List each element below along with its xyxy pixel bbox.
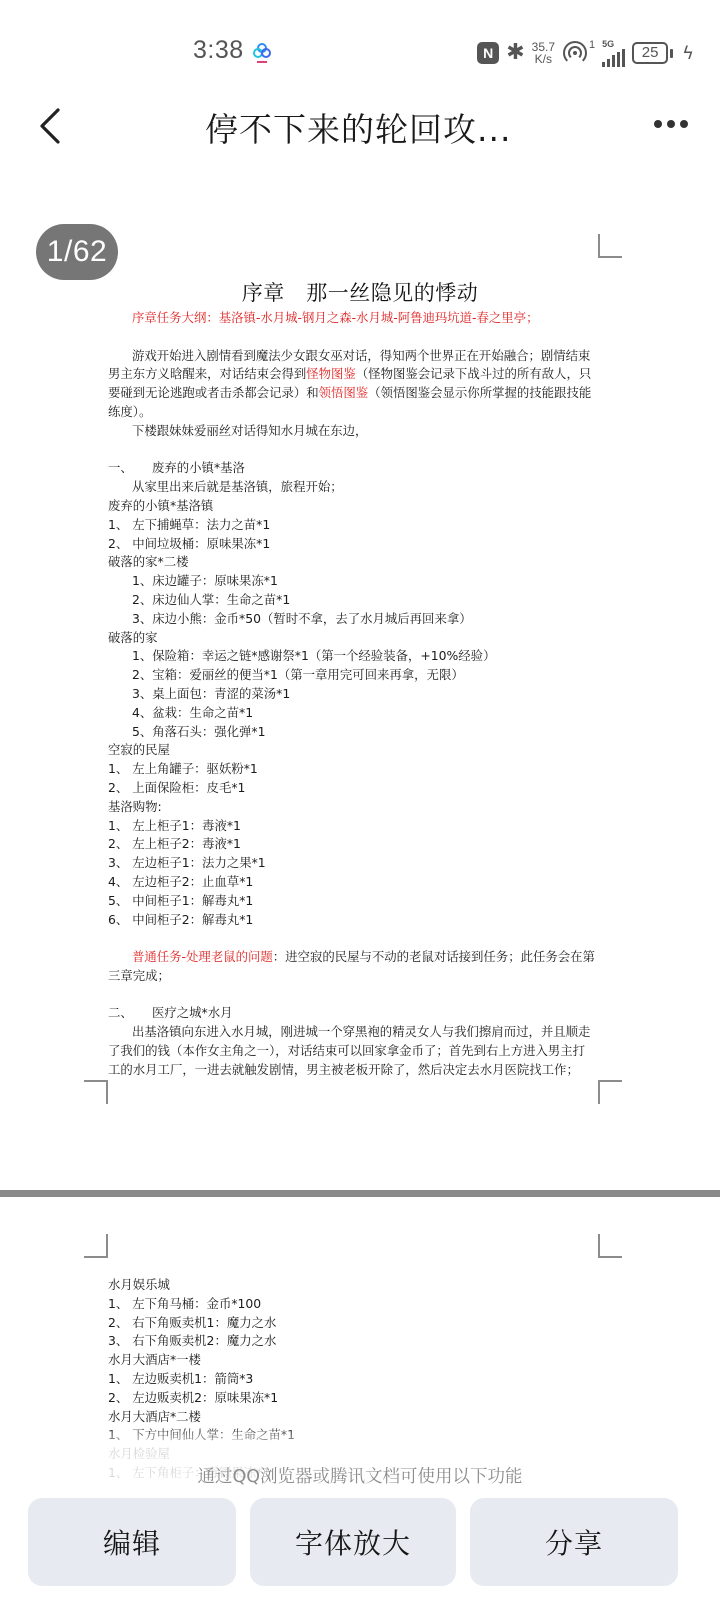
list-item: 1、 左上角罐子：驱妖粉*1	[108, 760, 613, 779]
list-item: 6、 中间柜子2：解毒丸*1	[108, 911, 613, 930]
section-heading: 二、医疗之城*水月	[108, 1004, 613, 1023]
net-speed-unit: K/s	[535, 53, 552, 65]
chevron-left-icon	[34, 104, 74, 148]
enlarge-font-button[interactable]: 字体放大	[250, 1498, 456, 1586]
list-item: 4、盆栽：生命之苗*1	[108, 704, 613, 723]
signal-icon: 5G	[602, 39, 625, 67]
more-dots-icon	[654, 120, 662, 128]
intro-line: 要碰到无论逃跑或者击杀都会记录）和领悟图鉴（领悟图鉴会显示你所掌握的技能跟技能	[108, 384, 613, 403]
list-item: 2、 左上柜子2：毒液*1	[108, 835, 613, 854]
intro-line: 游戏开始进入剧情看到魔法少女跟女巫对话，得知两个世界正在开始融合；剧情结束	[108, 347, 613, 366]
page-title: 停不下来的轮回攻...	[205, 104, 511, 151]
location-heading: 空寂的民屋	[108, 741, 613, 760]
edit-button[interactable]: 编辑	[28, 1498, 236, 1586]
status-bar: 3:38 ✱ 35.7 K/s 1 5G 25 ϟ	[0, 0, 720, 80]
intro-line: 下楼跟妹妹爱丽丝对话得知水月城在东边，	[108, 422, 613, 441]
app-notification-icon	[252, 42, 272, 64]
list-item: 3、 右下角贩卖机2：魔力之水	[108, 1332, 613, 1351]
list-item: 1、 左下捕蝇草：法力之苗*1	[108, 516, 613, 535]
skill-codex-link: 领悟图鉴	[319, 385, 369, 400]
list-item: 2、 上面保险柜：皮毛*1	[108, 779, 613, 798]
list-item: 2、宝箱：爱丽丝的便当*1（第一章用完可回来再拿，无限）	[108, 666, 613, 685]
nfc-icon	[477, 42, 499, 64]
intro-line: 练度）。	[108, 403, 613, 422]
intro-line: 男主东方义晗醒来，对话结束会得到怪物图鉴（怪物图鉴会记录下战斗过的所有敌人，只	[108, 365, 613, 384]
list-item: 2、床边仙人掌：生命之苗*1	[108, 591, 613, 610]
list-item: 1、 左下角马桶：金币*100	[108, 1295, 613, 1314]
battery-icon: 25	[632, 42, 673, 64]
document-viewer[interactable]: 1/62 序章 那一丝隐见的悸动 序章任务大纲：基洛镇-水月城-钢月之森-水月城…	[0, 172, 720, 1600]
feature-hint: 通过QQ浏览器或腾讯文档可使用以下功能	[0, 1463, 720, 1488]
list-item: 1、 左边贩卖机1：箭筒*3	[108, 1370, 613, 1389]
hotspot-icon	[562, 41, 588, 65]
location-heading: 破落的家*二楼	[108, 553, 613, 572]
section-text: 工的水月工厂，一进去就触发剧情，男主被老板开除了，然后决定去水月医院找工作；	[108, 1061, 613, 1080]
location-heading: 破落的家	[108, 629, 613, 648]
side-quest: 普通任务-处理老鼠的问题：进空寂的民屋与不动的老鼠对话接到任务；此任务会在第	[108, 948, 613, 967]
status-time: 3:38	[193, 36, 244, 65]
location-heading: 废弃的小镇*基洛镇	[108, 497, 613, 516]
monster-codex-link: 怪物图鉴	[306, 366, 356, 381]
list-item: 1、 左上柜子1：毒液*1	[108, 817, 613, 836]
section-text: 了我们的钱（本作女主角之一），对话结束可以回家拿金币了；首先到右上方进入男主打	[108, 1042, 613, 1061]
page-indicator-badge: 1/62	[36, 224, 118, 280]
network-speed: 35.7 K/s	[532, 41, 555, 65]
bluetooth-icon: ✱	[506, 42, 524, 64]
page1-content: 序章任务大纲：基洛镇-水月城-钢月之森-水月城-阿鲁迪玛坑道-春之里亭； 游戏开…	[108, 309, 613, 1080]
page-corner-mark	[598, 1080, 622, 1104]
chapter-title: 序章 那一丝隐见的悸动	[0, 277, 720, 307]
side-quest-label: 普通任务-处理老鼠的问题	[132, 949, 273, 964]
page-corner-mark	[84, 1234, 108, 1258]
list-item: 3、桌上面包：青涩的菜汤*1	[108, 685, 613, 704]
hotspot-count: 1	[589, 39, 595, 51]
location-heading: 水月大酒店*二楼	[108, 1408, 613, 1427]
location-heading: 基洛购物:	[108, 798, 613, 817]
list-item: 2、 左边贩卖机2：原味果冻*1	[108, 1389, 613, 1408]
page-corner-mark	[598, 234, 622, 258]
list-item: 2、 中间垃圾桶：原味果冻*1	[108, 535, 613, 554]
back-button[interactable]	[34, 104, 74, 148]
list-item: 3、 左边柜子1：法力之果*1	[108, 854, 613, 873]
chapter-outline: 序章任务大纲：基洛镇-水月城-钢月之森-水月城-阿鲁迪玛坑道-春之里亭；	[108, 309, 613, 328]
more-options-button[interactable]	[654, 112, 690, 136]
share-button[interactable]: 分享	[470, 1498, 678, 1586]
section-text: 出基洛镇向东进入水月城，刚进城一个穿黑袍的精灵女人与我们擦肩而过，并且顺走	[108, 1023, 613, 1042]
page-separator	[0, 1190, 720, 1197]
charging-icon: ϟ	[682, 43, 694, 64]
location-heading: 水月娱乐城	[108, 1276, 613, 1295]
list-item: 5、角落石头：强化弹*1	[108, 723, 613, 742]
side-quest-cont: 三章完成；	[108, 967, 613, 986]
list-item: 2、 右下角贩卖机1：魔力之水	[108, 1314, 613, 1333]
location-heading: 水月大酒店*一楼	[108, 1351, 613, 1370]
app-header: 停不下来的轮回攻...	[0, 80, 720, 172]
list-item: 5、 中间柜子1：解毒丸*1	[108, 892, 613, 911]
list-item: 4、 左边柜子2：止血草*1	[108, 873, 613, 892]
section-heading: 一、废弃的小镇*基洛	[108, 459, 613, 478]
page-corner-mark	[598, 1234, 622, 1258]
list-item: 1、床边罐子：原味果冻*1	[108, 572, 613, 591]
list-item: 1、保险箱：幸运之链*感谢祭*1（第一个经验装备，+10%经验）	[108, 647, 613, 666]
section-desc: 从家里出来后就是基洛镇，旅程开始；	[108, 478, 613, 497]
list-item: 3、床边小熊：金币*50（暂时不拿，去了水月城后再回来拿）	[108, 610, 613, 629]
page-corner-mark	[84, 1080, 108, 1104]
network-type: 5G	[602, 39, 614, 49]
status-icons: ✱ 35.7 K/s 1 5G 25 ϟ	[477, 37, 694, 69]
battery-level: 25	[632, 42, 668, 64]
